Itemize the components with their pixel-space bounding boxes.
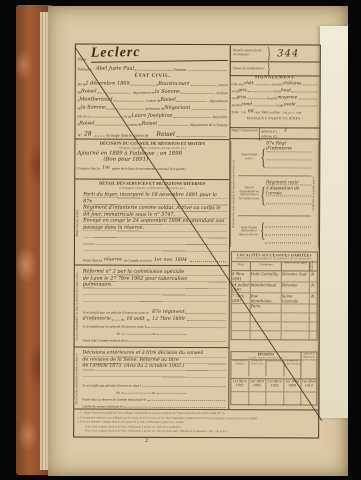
field-label: , profession de [143,107,164,111]
localites-n: B. [310,293,317,303]
trait-value: haut [281,88,291,93]
field-label: , département de [131,91,155,95]
localites-col-subdivision: Subdivision de région [282,262,310,270]
instruction-militaire-label: militaire (2) . . [261,134,280,138]
passe-label-b: de l'armée active le [124,259,152,263]
trait-value: châtains [283,81,302,86]
services-handwriting-line: Parti du foyer, incorporé le 18 novembre… [83,192,227,206]
passe-value-2: 1er nov. 1894 [154,258,187,263]
field-value: Bouvincourt [158,81,189,87]
field-value: Laure Joséphine [131,113,172,119]
trait-value: moyenne [277,95,297,100]
territoriale-periode-label: A accompli une période d'exercices dans … [82,384,141,388]
trait-value: rond [242,102,252,107]
field-label: , canton de [145,99,161,103]
corps-box-label: Dans l'armée active : [238,154,260,161]
field-value: la Somme [81,104,106,110]
epoques-value: 1er 9bre 1895 [249,379,267,391]
header-name-block: Nom : Leclerc Prénoms : Abel Juste Paul … [78,44,228,72]
field-value: Roisel [79,120,95,126]
corps-box-active: Dans l'armée active : { 87e Régt d'infan… [238,139,311,176]
territoriale-side-label: Dans l'armée territoriale et dans sa rés… [74,350,81,406]
field-label: , département [208,99,228,103]
section-decision: DÉCISION DU CONSEIL DE RÉVISION ET MOTIF… [75,138,229,172]
epoques-value: 1er 9bre 1892 [231,379,249,391]
brace-glyph: { [260,220,265,243]
trait-value: ovale [284,102,296,107]
rule-fill [188,320,226,321]
section-reserve: Dans la disponibilité ou dans la réserve… [75,264,229,347]
rule-fill [156,334,186,335]
epoques-col: la disponibilité ou la dispense [231,360,249,376]
periode1-du: 16 août [126,317,144,322]
periode1-au: 12 7bre 1899 [152,317,185,322]
services-side-label: Dans l'armée active. [75,193,82,251]
instruction-generale-label: générale (1) . . [261,129,280,133]
section-instruction: Degré d'instruction : { générale (1) . .… [230,127,319,139]
matricule-value: 344 [277,48,299,59]
epoques-value: 1er 9bre 1908 [284,379,302,391]
periode2-label: A accompli une 2e période d'exercices da… [83,325,148,329]
epoques-value: 1er 9bre 1902 [266,379,284,391]
localites-commune: Rue Montholon, Paris [251,293,282,303]
rule-fill [247,98,266,99]
taille-label-c: cent. [296,110,302,114]
brace-glyph: { [260,181,266,210]
section-tirage: N° 28 du tirage dans le canton de Roisel [77,127,227,138]
nom-value: Leclerc [91,44,228,63]
rule-fill [266,160,311,168]
instruction-generale-value: 3 [284,128,287,133]
reserve-handwriting-line: pulmonaire. [83,282,227,289]
localites-date: 14 juillet 1897 [232,282,251,292]
rule-fill [98,93,131,94]
section-corps: Indication des corps auxquels les hommes… [230,139,319,249]
localites-commune: Montbertaud [251,282,282,292]
localites-n: R. [310,271,317,281]
page-mark: 2 [145,438,148,444]
passe-value-1: réserve [104,258,122,263]
epoques-col: la réserve de l'armée territoriale [284,360,301,376]
footnote: Pour ceux compris dans la 3e liste, l'in… [85,429,315,435]
prenoms-label: Prénoms : [78,66,94,71]
services-subtitle: (Campagnes, blessures, actions d'éclat, … [75,185,229,190]
rule-fill [129,341,226,342]
tirage-number: 28 [84,131,92,138]
taille-label-b: cent. Taille rectifiée : 1 m. [255,110,288,114]
au-label: au [152,391,155,395]
localites-col-dates: Dates [232,262,251,270]
localites-date: 7 7bre 1897 [232,293,251,303]
field-label: , domiciliés [211,115,228,119]
classe-label: Classe de mobilisation : [233,67,267,71]
matricule-label: Numéro matricule du recrutement : [233,49,267,57]
section-footnotes: 1. Le degré d'instruction générale sera … [74,408,318,436]
passe-label-a: Passé dans la [83,259,102,263]
trait-value: gris [238,88,247,93]
au-label: au [152,332,155,336]
du-label: du [121,318,125,322]
rule-fill [292,91,318,92]
field-value: Montbertaud [79,96,112,102]
field-label: , canton [216,83,227,87]
du-label: du [117,332,121,336]
rule-fill [298,98,317,99]
localites-subdivision: Péronne [282,282,310,292]
localites-subdivision: Péronne Sud [282,271,310,281]
trait-label: visage [275,103,284,107]
rule-fill [248,91,274,92]
reserve-side-label: Dans la disponibilité ou dans la réserve… [75,269,82,343]
localites-col-numero: N° de la subdivision [310,262,317,270]
localites-subdivision: Seine Centrale [282,293,310,303]
trait-value: chât. [244,81,255,86]
field-value: Roisel [160,97,176,103]
field-value: 2 décembre 1869 [85,81,129,87]
rule-fill [253,105,274,106]
rule-fill [265,219,311,227]
section-signalement: SIGNALEMENT. Cheveux chât. sourcils chât… [232,74,319,120]
corps-box-value: à disposition de l'armée [266,185,311,196]
localites-empty-row [232,313,317,322]
rule-fill [190,85,215,86]
trait-value: gros [236,95,246,100]
field-label: et de [125,115,132,119]
nom-label: Nom : [78,56,88,61]
trait-label: menton [232,103,242,107]
localites-col-communes: Communes [251,262,282,270]
rule-fill [266,196,311,204]
rule-fill [265,235,311,243]
corps-box-reserve: Dans la disponibilité ou dans la réserve… [238,175,311,216]
rule-fill [186,313,226,314]
localites-n: R. [310,282,317,292]
epoques-col: la réserve de l'armée active [249,360,267,376]
rule-fill [131,85,156,86]
compris-value: 1re [102,166,110,171]
section-epoques: ÉPOQUES à laquelle l'homme doit passer d… [230,351,317,405]
periode1-label: A accompli une 1re période d'exercices d… [83,311,151,315]
corps-box-label: Dans l'armée territoriale et dans sa rés… [238,226,260,237]
rule-fill [256,84,271,85]
periode1-corps: 87e régiment [152,310,185,315]
field-label: , résidant [214,91,227,95]
localites-date: 4 9bre 1891 [232,271,251,281]
next-page-edge [320,26,348,418]
rule-fill [156,393,186,394]
au-label: au [147,318,150,322]
tirage-no-label: N° [77,132,82,137]
rule-fill [96,125,125,126]
epoques-date-liberation-label: DATE de la libération du service militai… [301,352,316,378]
corps-box-territoriale: Dans l'armée territoriale et dans sa rés… [238,215,311,247]
field-value: Roisel [81,88,97,94]
field-label: Né le [78,82,86,86]
tirage-canton: Roisel [156,131,175,138]
rule-fill [265,227,311,235]
rule-fill [191,109,226,110]
surnom-label: Surnom : [174,67,189,72]
trait-label: Cheveux [232,82,244,86]
rule-fill [95,136,105,137]
section-etat-civil: ÉTAT CIVIL. Né le 2 décembre 1869 à Bouv… [77,73,227,127]
taille-label-a: Taille : 1 m. [232,110,247,114]
section-localites: LOCALITÉS SUCCESSIVES HABITÉES PAR SUITE… [231,251,318,340]
localites-empty-row [232,304,317,313]
rule-fill [189,70,226,71]
compris-label-b: partie de la liste du recrutement canton… [112,167,186,171]
field-value: Roisel [142,121,158,127]
localites-empty-row [232,331,317,339]
brace-glyph: { [260,143,266,172]
field-label: fils de [78,114,87,118]
form-frame: Nom : Leclerc Prénoms : Abel Juste Paul … [73,43,321,438]
rule-fill [297,105,318,106]
rule-fill [135,70,172,71]
corps-box-label: Dans la disponibilité ou dans la réserve… [238,186,260,204]
corps-numero-label: NUMÉRO au contrôle spécial [311,141,319,247]
prenoms-value: Abel Juste Paul [96,66,134,72]
taille-value: 66 [248,109,254,114]
rule-fill [107,109,142,110]
tirage-text: du tirage dans le canton de [106,133,149,138]
territoriale-handwriting-line: de l'article 1873. (Avis du 2 octobre 19… [82,364,226,371]
localites-commune: Petit Guindilly [251,271,282,281]
localites-empty-row [232,322,317,331]
section-territoriale: Dans l'armée territoriale et dans sa rés… [74,346,228,409]
marques-title: MARQUES PARTICULIÈRES : [232,116,319,120]
rule-fill [289,112,295,113]
rule-fill [190,261,226,262]
rule-fill [114,101,144,102]
field-label: , département de la Somme [188,123,227,127]
rule-fill [302,84,317,85]
rule-fill [181,93,214,94]
rule-fill [87,117,123,118]
du-label: du [116,391,120,395]
epoques-value: 1er 9bre 1914 [301,379,316,391]
decision-subtitle: (Dispense, ajournement, exemption, réfor… [77,145,227,150]
trait-label: sourcils [272,82,283,86]
instruction-label: Degré d'instruction : [231,129,257,137]
services-handwriting-line: passage dans la réserve. [83,224,227,231]
rule-fill [112,320,120,321]
corps-box-value: 87e Régt d'infanterie [266,141,311,152]
passe-reserve-territoriale-label: Passé dans la réserve de l'armée territo… [82,398,146,402]
passe-territoriale-label: Passé dans l'armée territoriale le [83,339,128,343]
rule-fill [266,152,311,160]
rule-fill [177,101,207,102]
scanned-register-page: Nom : Leclerc Prénoms : Abel Juste Paul … [48,6,348,476]
header-matricule-block: Numéro matricule du recrutement : } 344 … [230,45,320,76]
rule-fill [174,117,210,118]
rule-fill [176,136,226,137]
field-value: Négociant [164,105,190,111]
rule-fill [158,125,187,126]
periode1-corps-2: d'infanterie [83,317,111,322]
field-label: , canton de [126,123,142,127]
rule-fill [121,334,151,335]
rule-fill [121,393,151,394]
trait-label: bouche [267,96,277,100]
compris-label-a: Compris dans la [77,166,100,170]
epoques-empty-row [231,392,316,405]
section-services: DÉTAIL DES SERVICES ET MUTATIONS DIVERSE… [75,178,229,265]
epoques-col: l'armée territoriale [266,360,284,376]
field-value: la Somme [155,89,180,95]
